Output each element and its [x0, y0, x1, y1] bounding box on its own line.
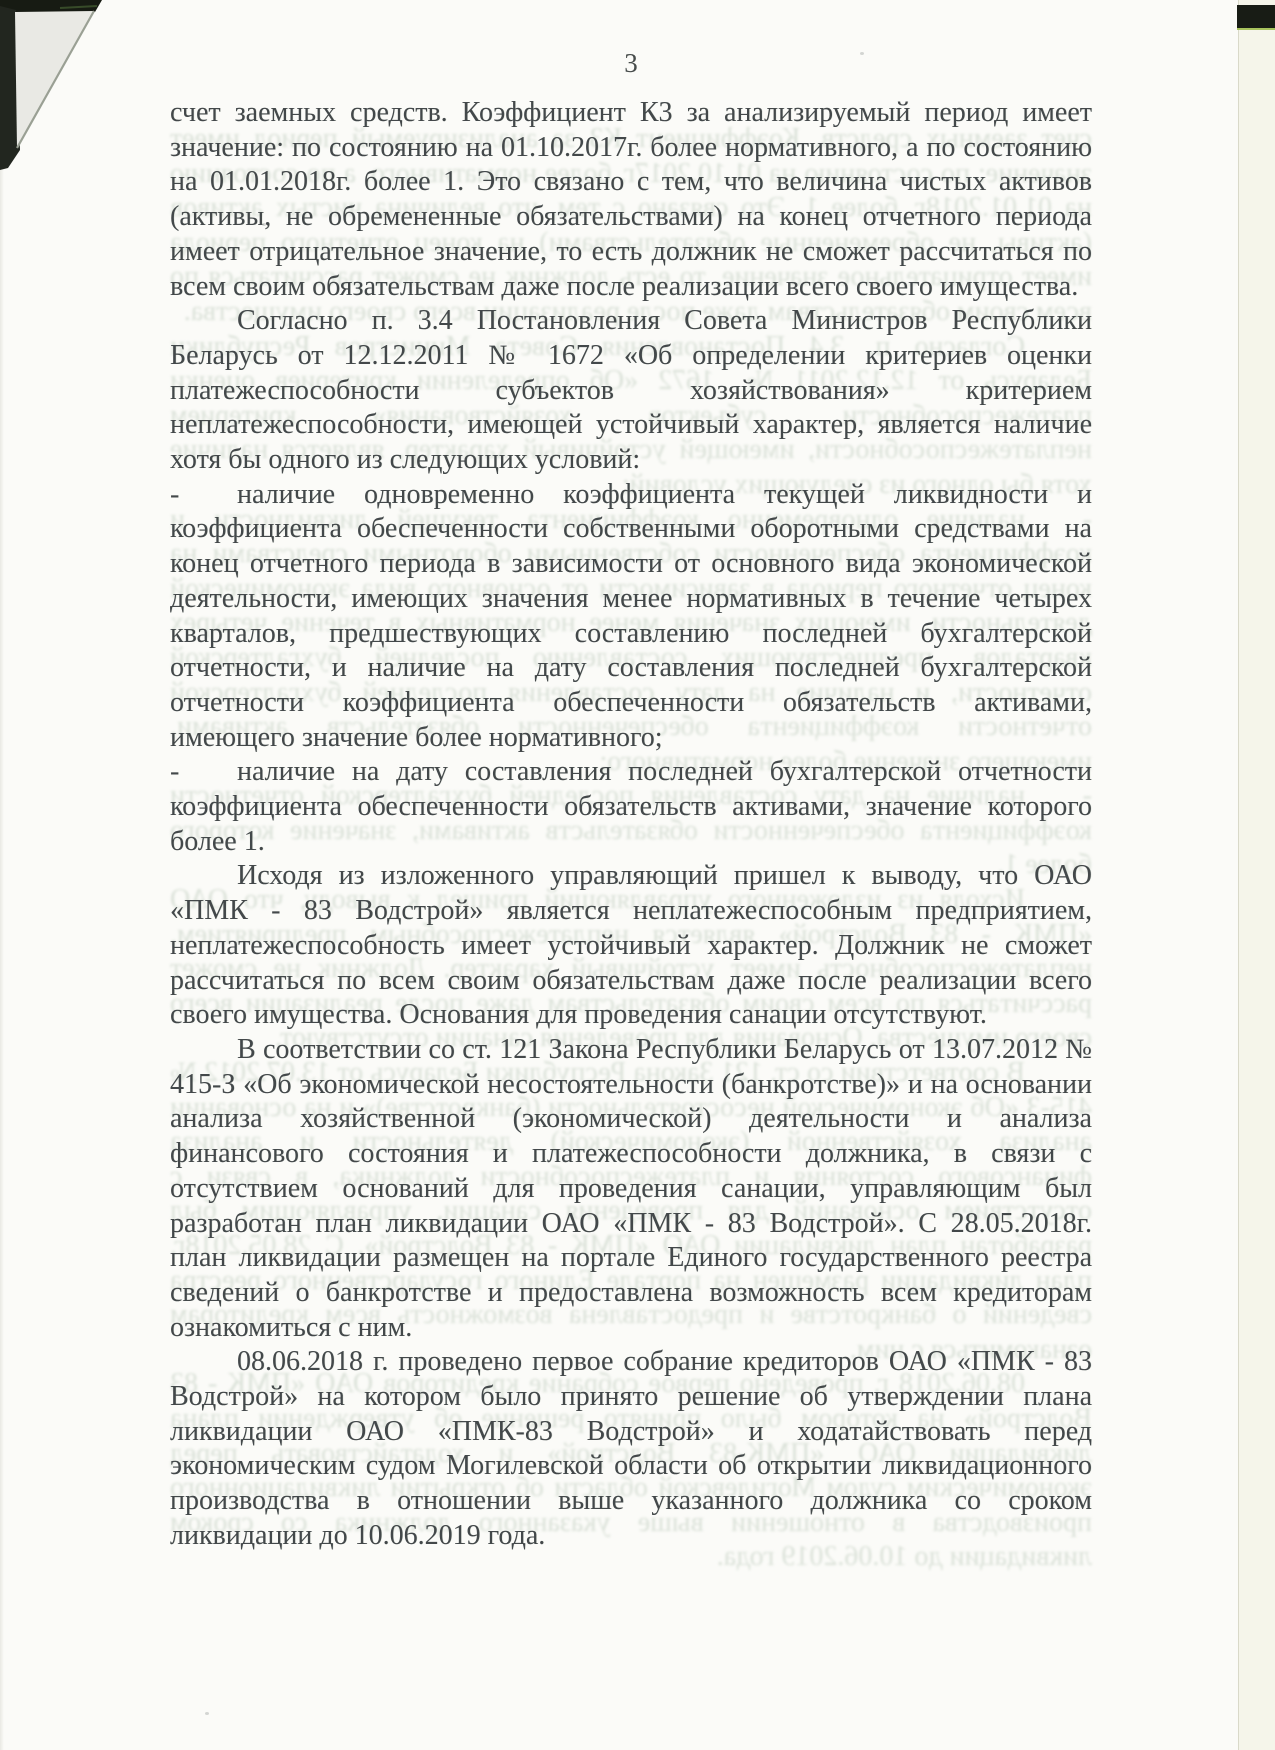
- paragraph: Исходя из изложенного управляющий пришел…: [170, 859, 1092, 1033]
- paragraph: счет заемных средств. Коэффициент К3 за …: [170, 96, 1092, 304]
- scan-speck: [205, 1712, 209, 1715]
- dash-marker: -: [170, 478, 237, 513]
- scan-speck: [262, 223, 266, 226]
- scan-edge-strip: [1238, 0, 1275, 1750]
- page-corner-fold-artifact: [0, 0, 120, 175]
- paragraph: -наличие на дату составления последней б…: [170, 755, 1092, 859]
- scanner-corner-mark: [1237, 5, 1275, 30]
- paragraph: Согласно п. 3.4 Постановления Совета Мин…: [170, 304, 1092, 478]
- paragraph: -наличие одновременно коэффициента текущ…: [170, 478, 1092, 756]
- paragraph-text: наличие одновременно коэффициента текуще…: [170, 479, 1092, 753]
- scan-background: { "page": { "number": "3", "dash_marker"…: [0, 0, 1275, 1750]
- page-number: 3: [170, 48, 1092, 79]
- document-text-block: счет заемных средств. Коэффициент К3 за …: [170, 96, 1092, 1554]
- scan-speck: [860, 52, 864, 55]
- paragraph: В соответствии со ст. 121 Закона Республ…: [170, 1033, 1092, 1345]
- dash-marker: -: [170, 755, 237, 790]
- paragraph: 08.06.2018 г. проведено первое собрание …: [170, 1345, 1092, 1553]
- paragraph-text: наличие на дату составления последней бу…: [170, 756, 1092, 856]
- scanned-page: счет заемных средств. Коэффициент К3 за …: [0, 0, 1275, 1750]
